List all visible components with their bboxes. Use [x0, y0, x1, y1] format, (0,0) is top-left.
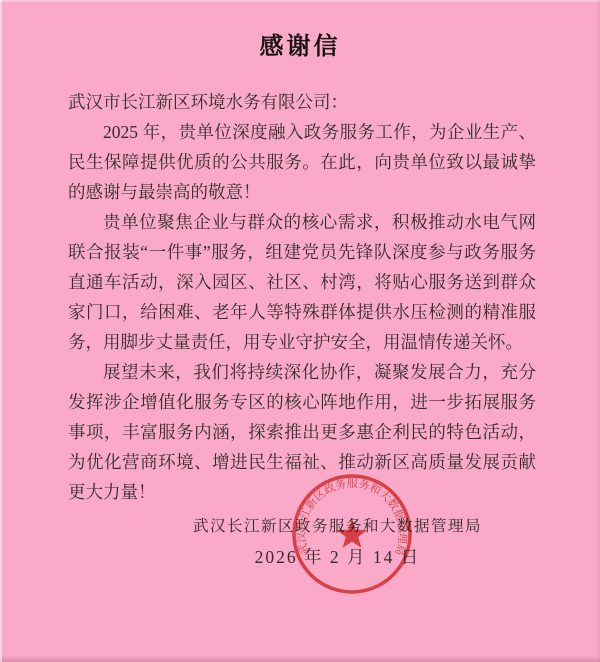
signature-block: 武汉长江新区政务服务和大数据管理局 2026 年 2 月 14 日: [193, 514, 482, 570]
letter-title: 感谢信: [0, 0, 600, 61]
signature-date: 2026 年 2 月 14 日: [193, 544, 482, 570]
salutation: 武汉市长江新区环境水务有限公司：: [68, 87, 536, 117]
letter-page: 感谢信 武汉市长江新区环境水务有限公司： 2025 年，贵单位深度融入政务服务工…: [0, 0, 600, 662]
paragraph-1: 2025 年，贵单位深度融入政务服务工作，为企业生产、民生保障提供优质的公共服务…: [68, 117, 536, 207]
signature-name: 武汉长江新区政务服务和大数据管理局: [193, 514, 482, 540]
paragraph-2: 贵单位聚焦企业与群众的核心需求，积极推动水电气网联合报装“一件事”服务，组建党员…: [68, 207, 536, 357]
paragraph-3: 展望未来，我们将持续深化协作，凝聚发展合力，充分发挥涉企增值化服务专区的核心阵地…: [68, 357, 536, 507]
letter-body: 武汉市长江新区环境水务有限公司： 2025 年，贵单位深度融入政务服务工作，为企…: [68, 87, 536, 507]
